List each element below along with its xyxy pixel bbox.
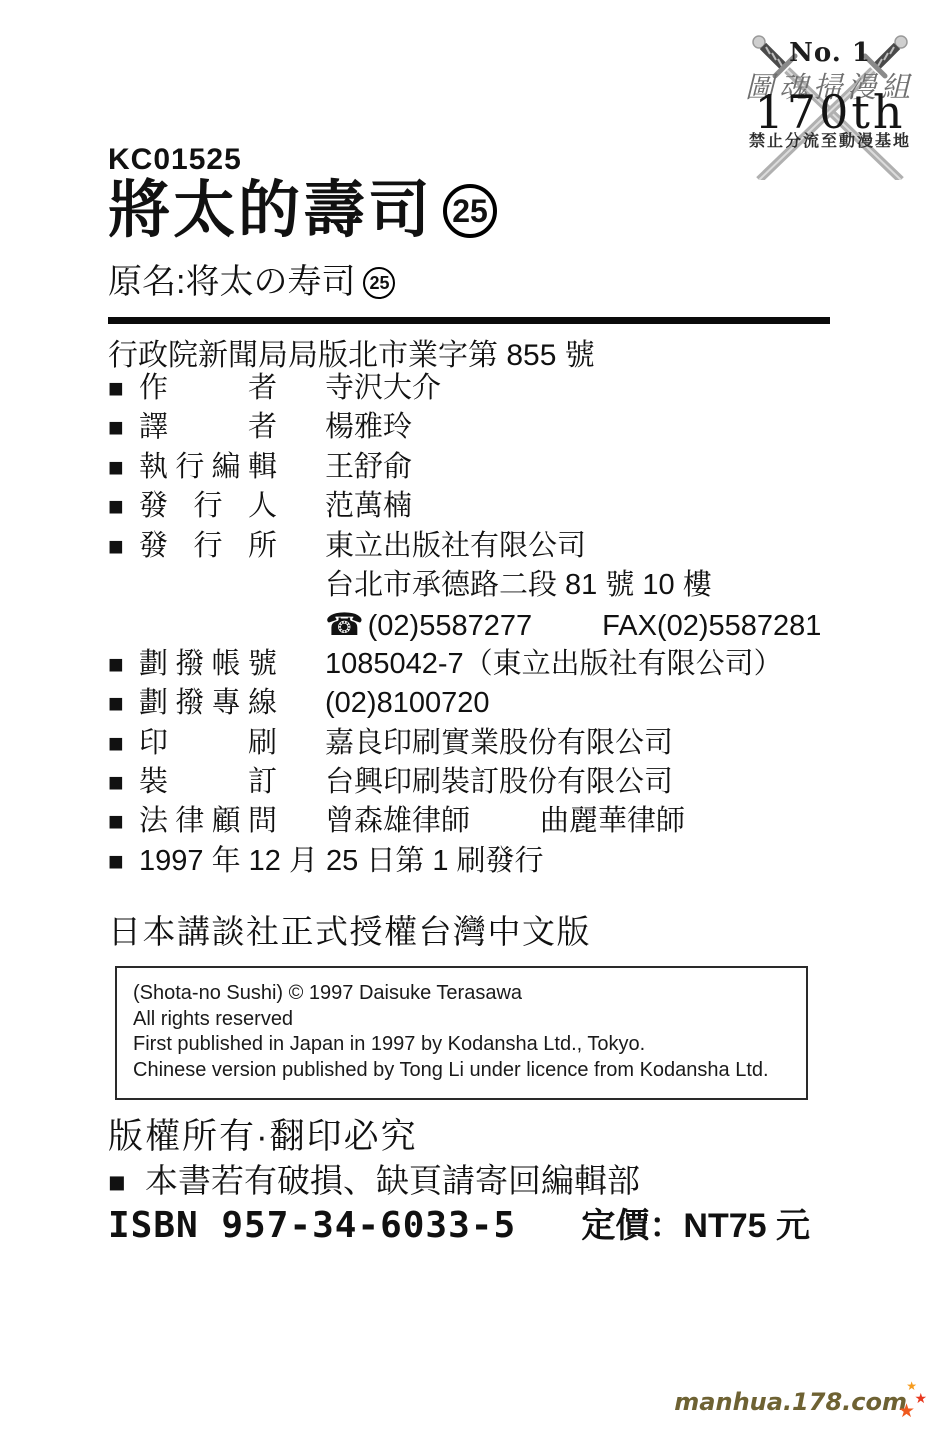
- row-value: 嘉良印刷實業股份有限公司: [325, 724, 673, 763]
- authorization-line: 日本講談社正式授權台灣中文版: [108, 906, 591, 953]
- row-value: 台北市承德路二段 81 號 10 樓: [325, 566, 712, 605]
- row-value: 1085042-7（東立出版社有限公司）: [325, 645, 783, 684]
- copyright-line: Chinese version published by Tong Li und…: [133, 1058, 790, 1084]
- row-label: 劃撥專線: [139, 684, 277, 723]
- license-number-line: 行政院新聞局局版北市業字第 855 號: [108, 330, 595, 374]
- colophon-row: ■ 印刷 嘉良印刷實業股份有限公司: [108, 724, 848, 763]
- rights-line: 版權所有·翻印必究: [108, 1109, 418, 1159]
- row-bullet-icon: ■: [108, 408, 139, 447]
- watermark-rank-label: No. 1: [735, 38, 925, 68]
- site-watermark: manhua.178.com ★ ★ ★: [745, 1380, 935, 1426]
- row-label: 譯者: [139, 408, 277, 447]
- row-value: 1997 年 12 月 25 日第 1 刷發行: [139, 842, 544, 881]
- volume-badge: 25: [443, 184, 497, 238]
- row-value: 楊雅玲: [325, 408, 412, 447]
- isbn-number: ISBN 957-34-6033-5: [108, 1205, 516, 1246]
- copyright-box: (Shota-no Sushi) © 1997 Daisuke Terasawa…: [115, 966, 808, 1100]
- isbn-row: ISBN 957-34-6033-5 定價：NT75 元: [108, 1198, 810, 1247]
- row-value: 東立出版社有限公司: [325, 527, 586, 566]
- row-label: 印刷: [139, 724, 277, 763]
- original-title: 原名:将太の寿司: [108, 264, 355, 301]
- divider-rule: [108, 317, 830, 324]
- watermark-distribution-warning: 禁止分流至動漫基地: [735, 128, 925, 151]
- copyright-line: (Shota-no Sushi) © 1997 Daisuke Terasawa: [133, 981, 790, 1007]
- row-label: 執行編輯: [139, 448, 277, 487]
- row-label: 作者: [139, 369, 277, 408]
- star-icon: ★: [914, 1391, 927, 1405]
- row-bullet-icon: ■: [108, 448, 139, 487]
- page-title: 將太的壽司: [108, 180, 433, 242]
- row-bullet-icon: ■: [108, 724, 139, 763]
- colophon-row: ☎ (02)5587277 FAX(02)5587281: [108, 605, 848, 644]
- row-value: (02)5587277: [368, 607, 532, 646]
- site-name: manhua.178.com: [674, 1388, 907, 1416]
- colophon-row: ■ 裝訂 台興印刷裝訂股份有限公司: [108, 763, 848, 802]
- original-volume-badge: 25: [363, 267, 395, 299]
- row-label: 發行人: [139, 487, 277, 526]
- copyright-line: All rights reserved: [133, 1007, 790, 1033]
- row-bullet-icon: ■: [108, 645, 139, 684]
- row-value: 范萬楠: [325, 487, 412, 526]
- row-value: 王舒俞: [325, 448, 412, 487]
- row-label: 法律顧問: [139, 802, 277, 841]
- row-value2: FAX(02)5587281: [602, 607, 821, 646]
- colophon-row: ■ 劃撥專線 (02)8100720: [108, 684, 848, 723]
- return-notice-text: 本書若有破損、缺頁請寄回編輯部: [145, 1155, 640, 1202]
- scanlation-watermark: No. 1 圖魂掃漫組 170th 禁止分流至動漫基地: [735, 22, 925, 182]
- row-label: 劃撥帳號: [139, 645, 277, 684]
- row-value: (02)8100720: [325, 684, 489, 723]
- phone-icon: ☎: [325, 605, 364, 644]
- row-bullet-icon: ■: [108, 842, 139, 881]
- colophon-row: ■ 1997 年 12 月 25 日第 1 刷發行: [108, 842, 848, 881]
- row-bullet-icon: ■: [108, 684, 139, 723]
- colophon-row: ■ 作者 寺沢大介: [108, 369, 848, 408]
- volume-number: 25: [452, 195, 488, 227]
- colophon-rows: ■ 作者 寺沢大介 ■ 譯者 楊雅玲 ■ 執行編輯 王舒俞 ■ 發行人 范萬楠 …: [108, 369, 848, 881]
- original-title-row: 原名:将太の寿司 25: [108, 264, 395, 301]
- row-label: 發行所: [139, 527, 277, 566]
- row-bullet-icon: ■: [108, 763, 139, 802]
- return-notice-bullet-icon: ■: [108, 1167, 145, 1200]
- colophon-row: ■ 劃撥帳號 1085042-7（東立出版社有限公司）: [108, 645, 848, 684]
- book-code: KC01525: [108, 143, 242, 177]
- row-value: 寺沢大介: [325, 369, 441, 408]
- return-notice: ■ 本書若有破損、缺頁請寄回編輯部: [108, 1155, 640, 1202]
- colophon-row: ■ 發行所 東立出版社有限公司: [108, 527, 848, 566]
- star-icon: ★: [898, 1402, 915, 1421]
- row-bullet-icon: ■: [108, 487, 139, 526]
- row-value2: 曲麗華律師: [540, 802, 685, 841]
- colophon-row: ■ 法律顧問 曾森雄律師 曲麗華律師: [108, 802, 848, 841]
- row-value: 台興印刷裝訂股份有限公司: [325, 763, 673, 802]
- copyright-line: First published in Japan in 1997 by Koda…: [133, 1032, 790, 1058]
- row-value: 曾森雄律師: [325, 802, 470, 841]
- colophon-row: ■ 發行人 范萬楠: [108, 487, 848, 526]
- colophon-row: 台北市承德路二段 81 號 10 樓: [108, 566, 848, 605]
- colophon-row: ■ 譯者 楊雅玲: [108, 408, 848, 447]
- price-label: 定價：NT75 元: [581, 1198, 810, 1247]
- row-bullet-icon: ■: [108, 369, 139, 408]
- original-volume-number: 25: [369, 274, 389, 292]
- title-row: 將太的壽司 25: [108, 180, 497, 242]
- row-label: 裝訂: [139, 763, 277, 802]
- row-bullet-icon: ■: [108, 802, 139, 841]
- row-bullet-icon: ■: [108, 527, 139, 566]
- colophon-row: ■ 執行編輯 王舒俞: [108, 448, 848, 487]
